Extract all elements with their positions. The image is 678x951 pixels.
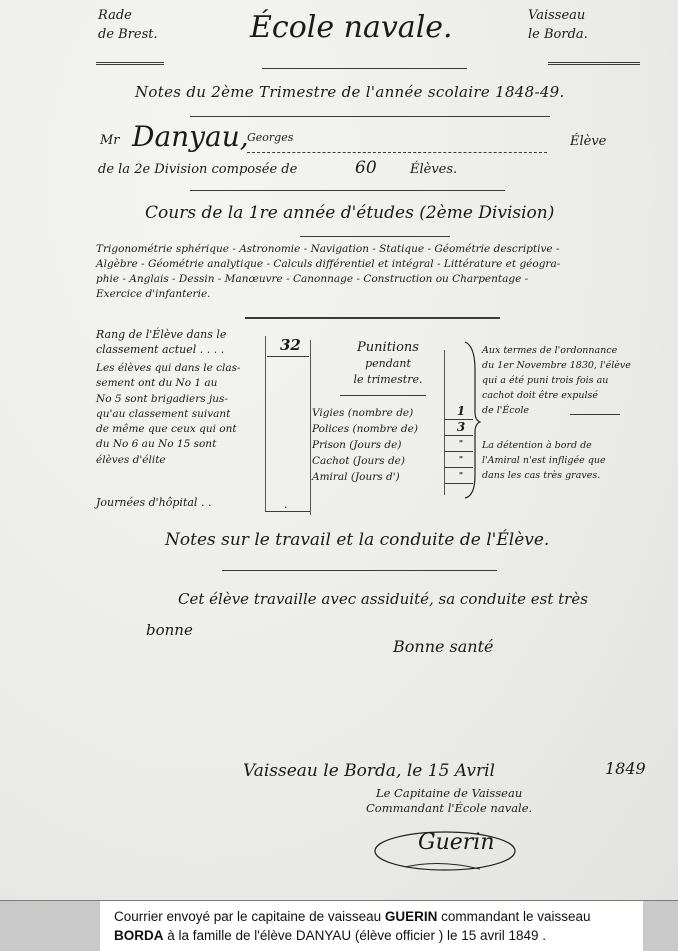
- ranking-note-line: de même que ceux qui ont: [96, 422, 241, 437]
- regulation-line: La détention à bord de: [482, 438, 606, 453]
- divider: [190, 190, 505, 191]
- ranking-note-line: No 5 sont brigadiers jus-: [96, 392, 241, 407]
- ranking-note-line: sement ont du No 1 au: [96, 376, 241, 391]
- table-line: [265, 511, 310, 512]
- punishment-label: Polices (nombre de): [312, 421, 418, 437]
- caption-text: commandant le vaisseau: [437, 909, 590, 924]
- punishments-heading-line: Punitions: [340, 340, 436, 356]
- header-right-line: Vaisseau: [528, 6, 588, 25]
- hospital-days-label: Journées d'hôpital . .: [96, 496, 211, 509]
- notes-text-line: Cet élève travaille avec assiduité, sa c…: [178, 590, 588, 608]
- notes-heading: Notes sur le travail et la conduite de l…: [165, 530, 549, 550]
- regulation-line: de l'École: [482, 403, 631, 418]
- caption-emphasis: BORDA: [114, 928, 164, 943]
- regulation-note-detention: La détention à bord de l'Amiral n'est in…: [482, 438, 606, 483]
- divider: [222, 570, 497, 571]
- punishments-labels: Vigies (nombre de) Polices (nombre de) P…: [312, 405, 418, 485]
- ranking-note-line: Les élèves qui dans le clas-: [96, 361, 241, 376]
- student-first-name: Georges: [247, 131, 293, 144]
- regulation-line: du 1er Novembre 1830, l'élève: [482, 358, 631, 373]
- punishment-label: Amiral (Jours d'): [312, 469, 418, 485]
- regulation-line: qui a été puni trois fois au: [482, 373, 631, 388]
- punishments-heading-line: pendant: [340, 356, 436, 372]
- caption-line-2: BORDA à la famille de l'élève DANYAU (él…: [114, 926, 643, 945]
- divider: [262, 68, 467, 69]
- divider: [245, 317, 500, 319]
- student-prefix: Mr: [100, 133, 120, 148]
- punishments-heading: Punitions pendant le trimestre.: [340, 340, 436, 388]
- place-date: Vaisseau le Borda, le 15 Avril: [243, 761, 495, 781]
- header-left-line: Rade: [98, 6, 158, 25]
- header-right: Vaisseau le Borda.: [528, 6, 588, 44]
- header-left-line: de Brest.: [98, 25, 158, 44]
- ranking-label: Rang de l'Élève dans le classement actue…: [96, 327, 226, 357]
- signatory-title: Le Capitaine de Vaisseau Commandant l'Éc…: [366, 786, 532, 816]
- caption-emphasis: GUERIN: [385, 909, 438, 924]
- subtitle: Notes du 2ème Trimestre de l'année scola…: [135, 83, 565, 101]
- divider: [340, 395, 426, 396]
- rank-underline: [267, 356, 309, 357]
- regulation-line: dans les cas très graves.: [482, 468, 606, 483]
- table-line: [265, 336, 266, 511]
- ranking-label-line: classement actuel . . . .: [96, 342, 226, 357]
- caption: Courrier envoyé par le capitaine de vais…: [100, 901, 643, 951]
- document-title: École navale.: [250, 10, 453, 45]
- brace-icon: [463, 340, 481, 500]
- header-left: Rade de Brest.: [98, 6, 158, 44]
- caption-text: Courrier envoyé par le capitaine de vais…: [114, 909, 385, 924]
- divider: [570, 414, 620, 415]
- name-underline: [247, 152, 547, 153]
- signature: Guerin: [418, 830, 494, 855]
- student-surname: Danyau,: [132, 120, 249, 153]
- year: 1849: [605, 759, 646, 778]
- scanned-document: Rade de Brest. École navale. Vaisseau le…: [0, 0, 678, 901]
- caption-text: à la famille de l'élève DANYAU (élève of…: [164, 928, 547, 943]
- division-suffix: Élèves.: [410, 162, 457, 177]
- punishment-label: Cachot (Jours de): [312, 453, 418, 469]
- caption-line-1: Courrier envoyé par le capitaine de vais…: [114, 907, 643, 926]
- subjects-line: Exercice d'infanterie.: [96, 287, 560, 302]
- subjects-list: Trigonométrie sphérique - Astronomie - N…: [96, 242, 560, 302]
- division-text: de la 2e Division composée de: [98, 162, 297, 177]
- regulation-note-expulsion: Aux termes de l'ordonnance du 1er Novemb…: [482, 343, 631, 418]
- hospital-days-value: .: [284, 498, 288, 511]
- health-note: Bonne santé: [393, 637, 494, 656]
- table-line: [310, 340, 311, 515]
- division-count: 60: [355, 158, 377, 178]
- signatory-line: Le Capitaine de Vaisseau: [366, 786, 532, 801]
- signatory-line: Commandant l'École navale.: [366, 801, 532, 816]
- divider: [300, 236, 450, 237]
- course-heading: Cours de la 1re année d'études (2ème Div…: [145, 203, 554, 223]
- ranking-note: Les élèves qui dans le clas- sement ont …: [96, 361, 241, 468]
- punishment-label: Prison (Jours de): [312, 437, 418, 453]
- ranking-label-line: Rang de l'Élève dans le: [96, 327, 226, 342]
- ranking-note-line: qu'au classement suivant: [96, 407, 241, 422]
- divider: [548, 62, 640, 65]
- student-role: Élève: [570, 134, 606, 149]
- divider: [96, 62, 164, 65]
- subjects-line: Algèbre - Géométrie analytique - Calculs…: [96, 257, 560, 272]
- regulation-line: Aux termes de l'ordonnance: [482, 343, 631, 358]
- table-line: [444, 350, 445, 495]
- regulation-line: l'Amiral n'est infligée que: [482, 453, 606, 468]
- divider: [190, 116, 550, 117]
- subjects-line: phie - Anglais - Dessin - Manœuvre - Can…: [96, 272, 560, 287]
- ranking-note-line: élèves d'élite: [96, 453, 241, 468]
- regulation-line: cachot doit être expulsé: [482, 388, 631, 403]
- punishment-label: Vigies (nombre de): [312, 405, 418, 421]
- punishments-heading-line: le trimestre.: [340, 372, 436, 388]
- rank-value: 32: [280, 336, 301, 354]
- subjects-line: Trigonométrie sphérique - Astronomie - N…: [96, 242, 560, 257]
- header-right-line: le Borda.: [528, 25, 588, 44]
- notes-text-line: bonne: [146, 621, 193, 639]
- ranking-note-line: du No 6 au No 15 sont: [96, 437, 241, 452]
